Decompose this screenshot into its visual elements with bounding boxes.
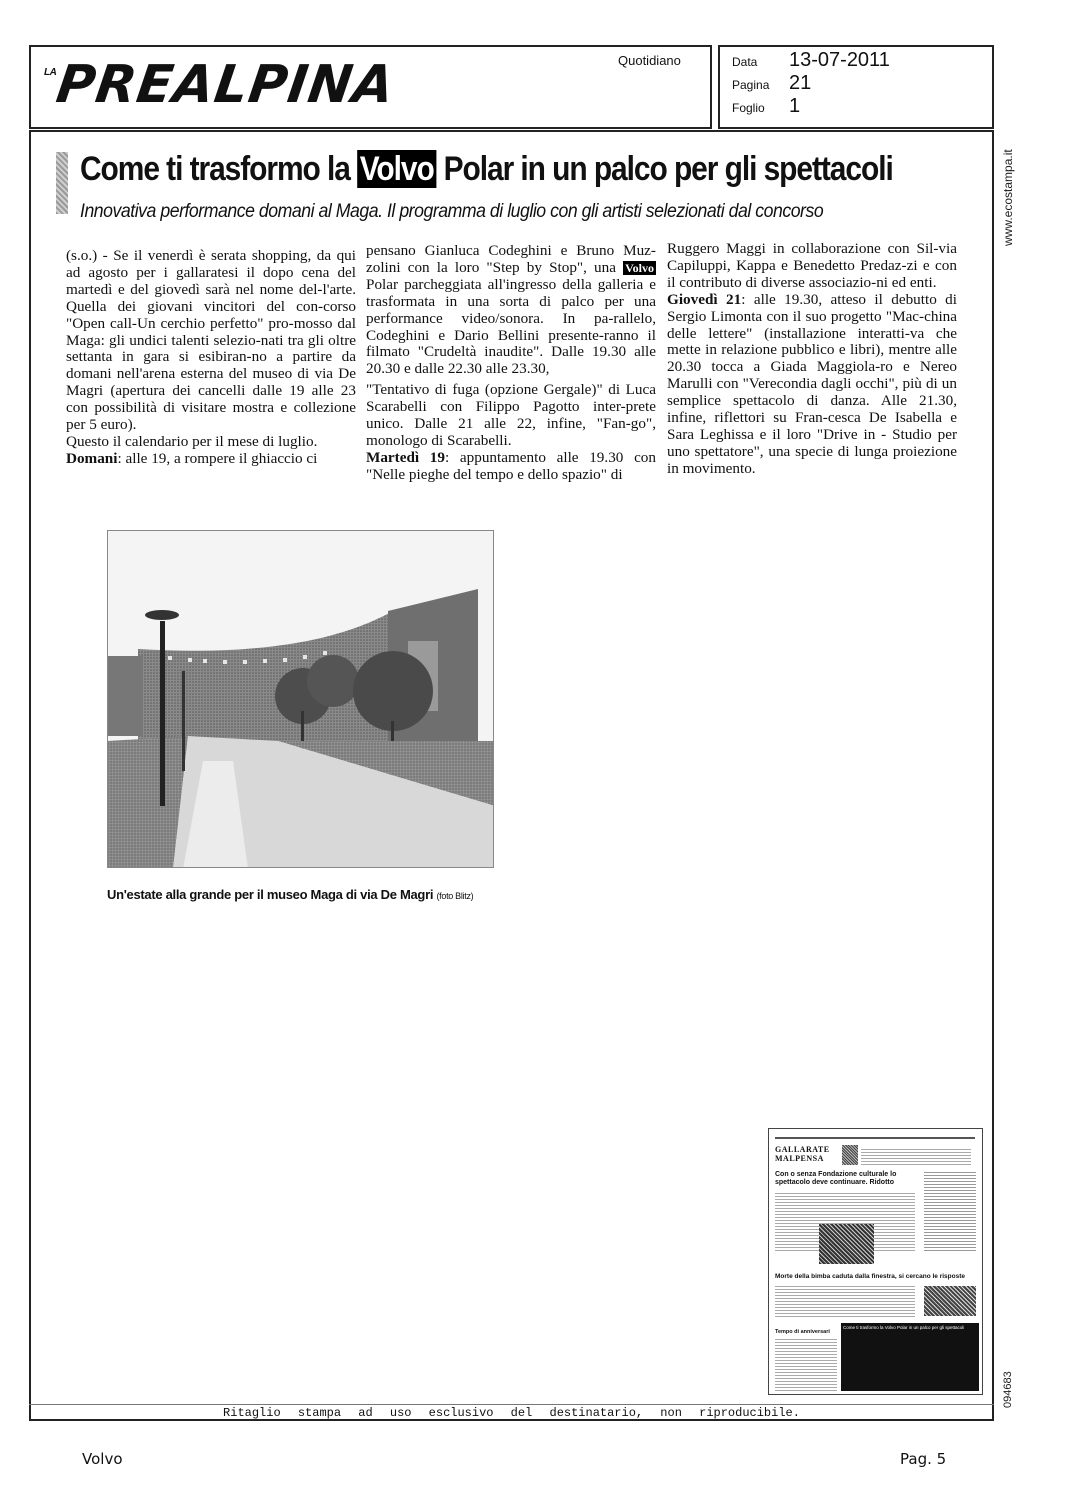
paragraph: "Tentativo di fuga (opzione Gergale)" di…: [366, 382, 656, 450]
logo-prefix: LA: [44, 67, 56, 78]
sheet-value: 1: [789, 95, 800, 118]
thumb-photo: [924, 1286, 976, 1316]
thumb-mid-headline: Morte della bimba caduta dalla finestra,…: [775, 1273, 975, 1281]
thumb-section-logo: [842, 1145, 858, 1165]
thumb-side-headline: Tempo di anniversari: [775, 1329, 835, 1335]
article-photo: [107, 530, 494, 868]
paragraph: Giovedì 21: alle 19.30, atteso il debutt…: [667, 292, 957, 478]
paragraph: Ruggero Maggi in collaborazione con Sil-…: [667, 241, 957, 292]
paragraph: (s.o.) - Se il venerdì è serata shopping…: [66, 248, 356, 434]
website-label: www.ecostampa.it: [1001, 149, 1015, 246]
article-headline: Come ti trasformo la Volvo Polar in un p…: [80, 150, 893, 189]
photo-caption: Un'estate alla grande per il museo Maga …: [107, 887, 473, 902]
thumb-top-rule: [775, 1137, 975, 1139]
article-column-2: pensano Gianluca Codeghini e Bruno Muz-z…: [366, 243, 656, 484]
paragraph: pensano Gianluca Codeghini e Bruno Muz-z…: [366, 243, 656, 378]
paragraph: Questo il calendario per il mese di lugl…: [66, 434, 356, 451]
copyright-notice: Ritaglio stampa ad uso esclusivo del des…: [29, 1404, 994, 1421]
page-thumbnail: GALLARATE MALPENSA Con o senza Fondazion…: [768, 1128, 983, 1395]
page-value: 21: [789, 72, 811, 95]
museum-photo-illustration: [108, 531, 494, 868]
paragraph: Domani: alle 19, a rompere il ghiaccio c…: [66, 451, 356, 468]
thumb-lead-headline: Con o senza Fondazione culturale lo spet…: [775, 1171, 920, 1187]
schedule-label: Giovedì 21: [667, 291, 741, 308]
photo-credit: (foto Blitz): [436, 891, 473, 901]
page-number: Pag. 5: [900, 1450, 946, 1468]
thumb-text-block: [775, 1285, 915, 1317]
logo-name: PREALPINA: [53, 55, 399, 115]
newspaper-logo: LA PREALPINA: [44, 55, 395, 115]
date-value: 13-07-2011: [789, 49, 890, 72]
brand-highlight: Volvo: [623, 261, 656, 275]
document-code: 094683: [1002, 1371, 1014, 1408]
thumb-highlighted-article: Come ti trasformo la Volvo Polar in un p…: [841, 1323, 979, 1391]
thumb-photo: [819, 1224, 874, 1264]
thumb-text-block: [924, 1171, 976, 1251]
thumb-section-title: GALLARATE MALPENSA: [775, 1145, 830, 1163]
page-label: Pagina: [732, 78, 789, 92]
article-subheadline: Innovativa performance domani al Maga. I…: [80, 201, 823, 223]
date-label: Data: [732, 55, 789, 69]
brand-highlight: Volvo: [357, 150, 436, 188]
schedule-label: Martedì 19: [366, 449, 445, 466]
article-column-3: Ruggero Maggi in collaborazione con Sil-…: [667, 241, 957, 478]
article-column-1: (s.o.) - Se il venerdì è serata shopping…: [66, 248, 356, 468]
publication-frequency: Quotidiano: [618, 53, 681, 68]
client-name: Volvo: [82, 1450, 123, 1468]
headline-accent-bar: [56, 152, 68, 214]
schedule-label: Domani: [66, 450, 117, 467]
thumb-text-block: [775, 1339, 837, 1391]
sheet-label: Foglio: [732, 101, 789, 115]
thumb-text-block: [861, 1147, 971, 1165]
meta-sheet-row: Foglio 1: [732, 95, 800, 118]
paragraph: Martedì 19: appuntamento alle 19.30 con …: [366, 450, 656, 484]
meta-page-row: Pagina 21: [732, 72, 811, 95]
meta-date-row: Data 13-07-2011: [732, 49, 890, 72]
